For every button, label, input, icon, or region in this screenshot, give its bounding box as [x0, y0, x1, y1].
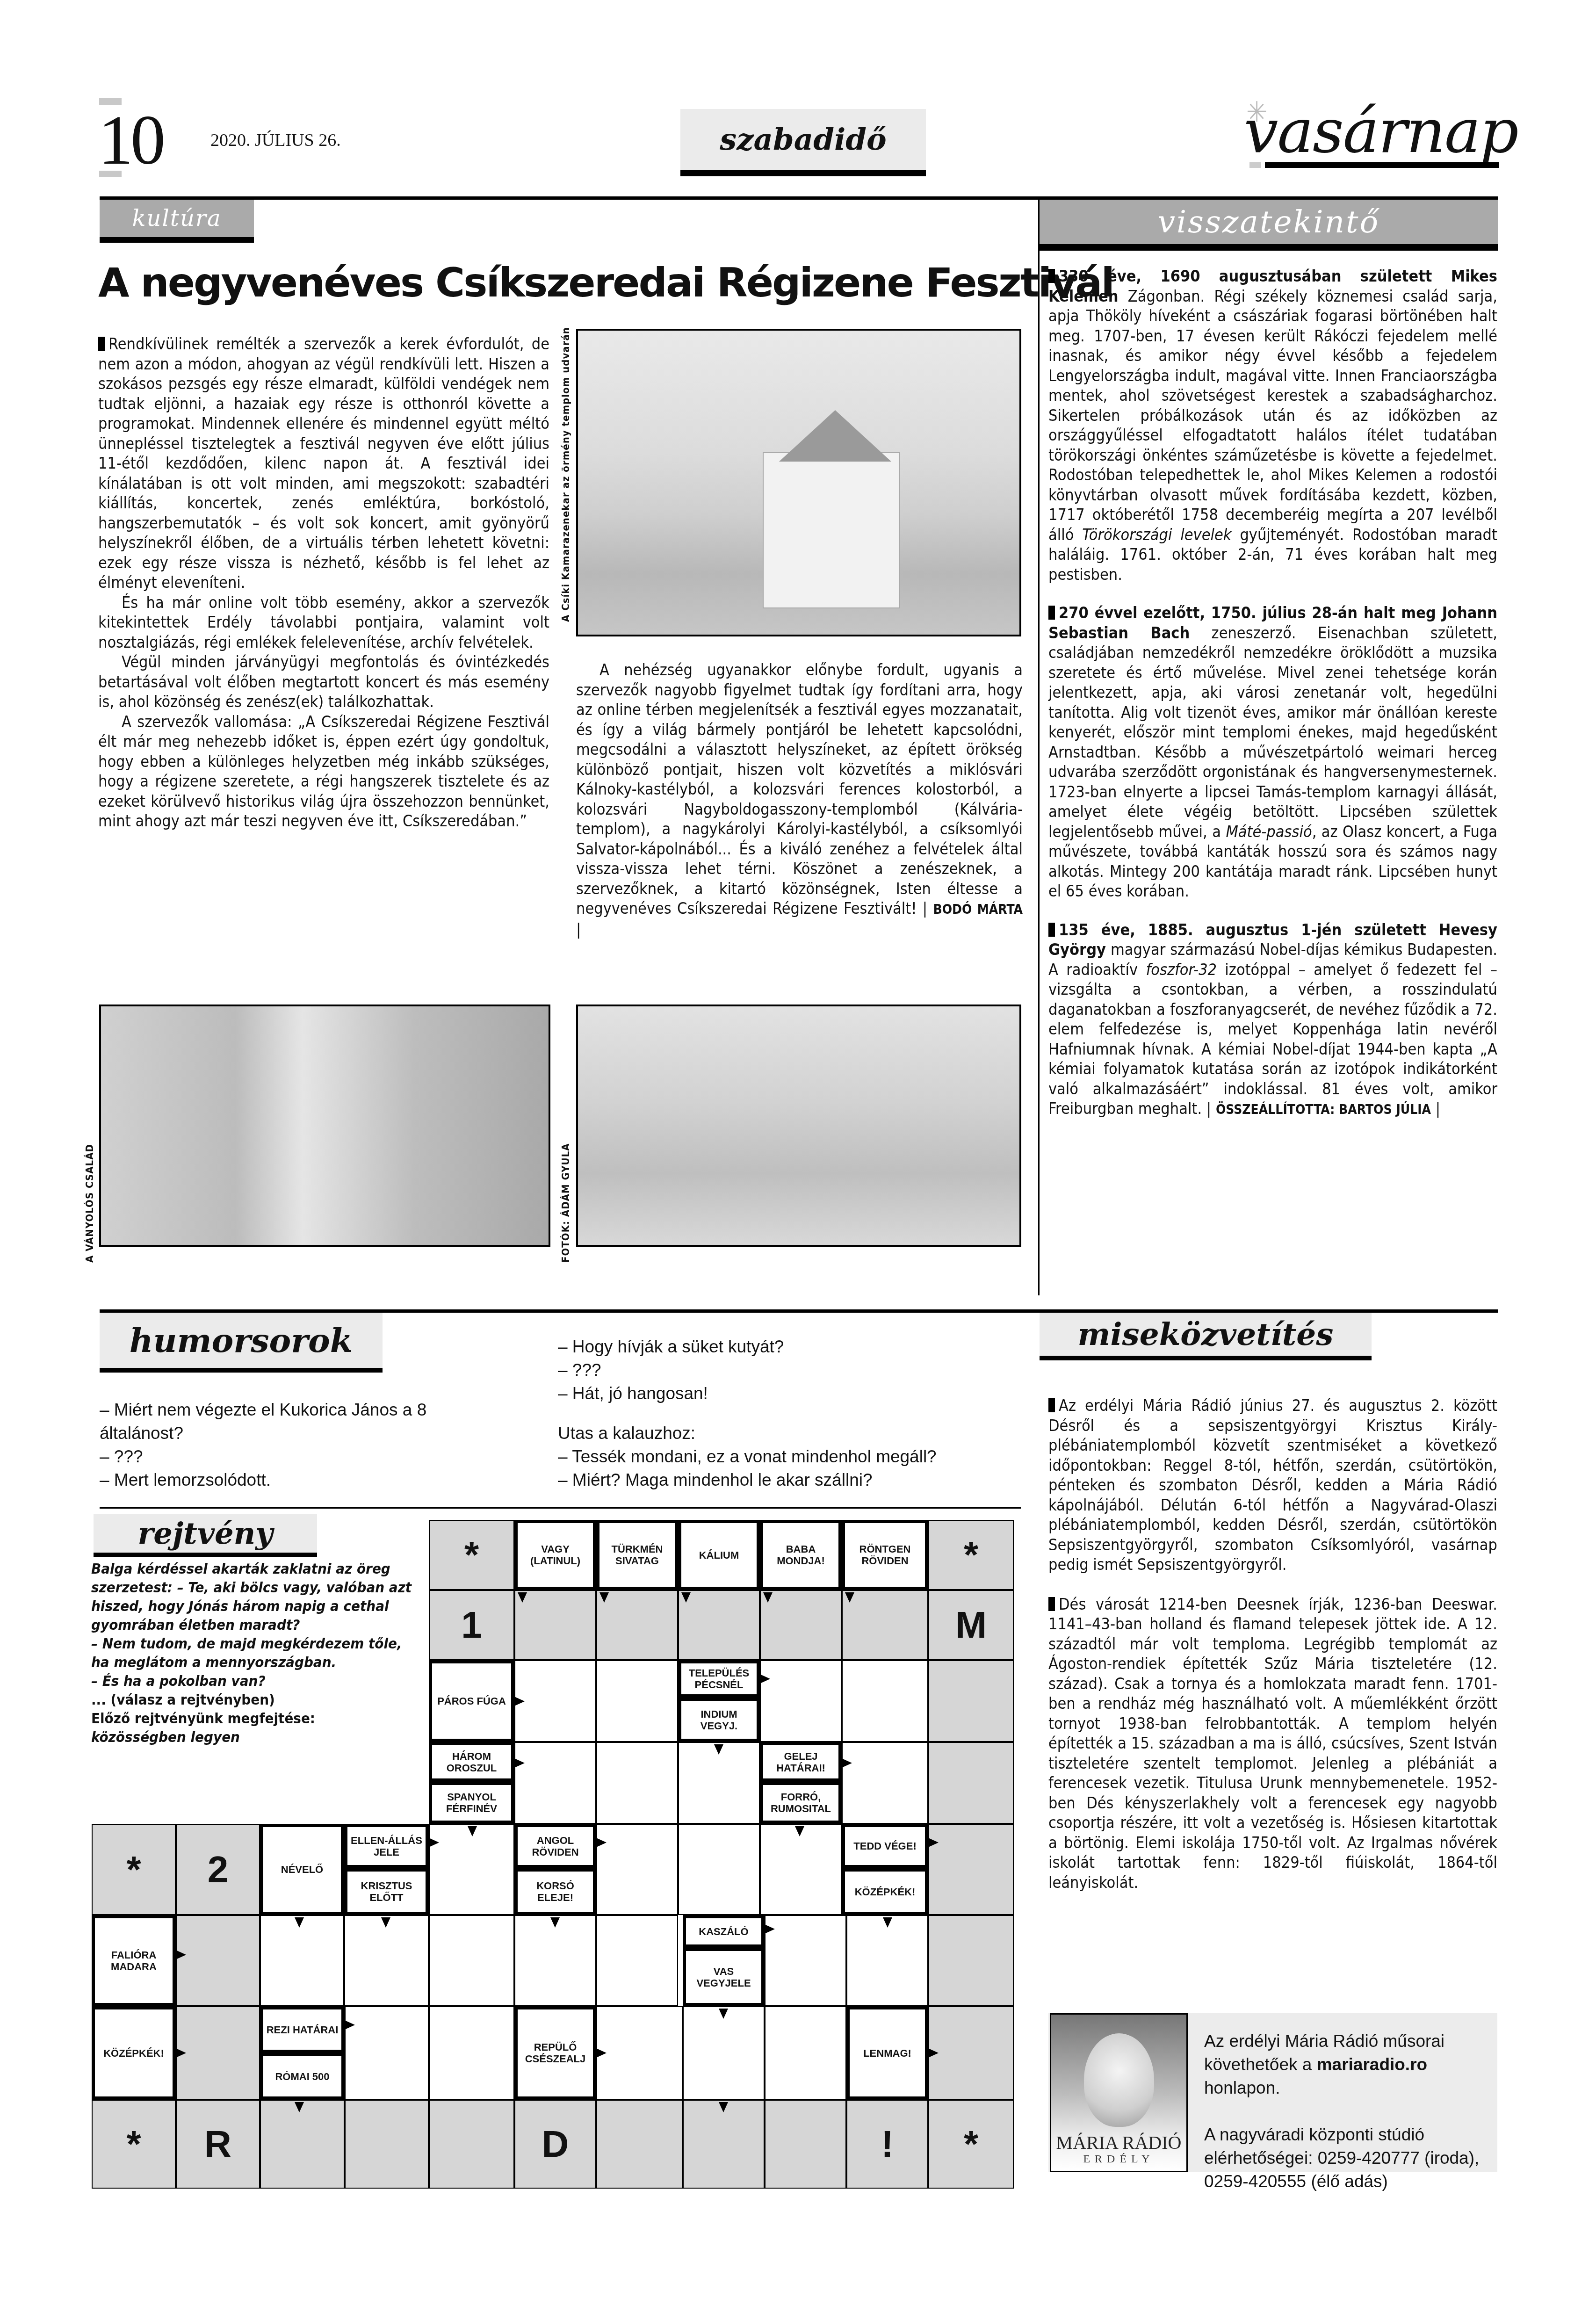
anniversary-item: 330 éve, 1690 augusztusában született Mi…	[1048, 267, 1497, 585]
crossword-answer-cell[interactable]	[176, 2006, 260, 2100]
arrow-down-icon	[295, 2102, 304, 2112]
article-col2: A nehézség ugyanakkor előnybe fordult, u…	[576, 660, 1023, 940]
crossword-clue: KÖZÉPKÉK!	[842, 1868, 928, 1915]
crossword-answer-cell[interactable]	[429, 1824, 514, 1915]
issue-date: 2020. JÚLIUS 26.	[210, 130, 341, 151]
arrow-down-icon	[468, 1826, 477, 1836]
arrow-down-icon	[795, 1826, 804, 1836]
crossword-cell: 1	[429, 1590, 514, 1660]
crossword-answer-cell[interactable]	[596, 1915, 678, 2006]
radio-contact: A nagyváradi központi stúdió elérhetőség…	[1204, 2123, 1489, 2193]
arrow-right-icon	[596, 2048, 607, 2058]
radio-url[interactable]: mariaradio.ro	[1317, 2055, 1427, 2074]
paragraph-mark	[1048, 923, 1055, 937]
crossword-clue: KÁLIUM	[678, 1520, 760, 1590]
arrow-down-icon	[381, 1917, 390, 1928]
crossword-clue: ANGOL RÖVIDEN	[514, 1824, 596, 1868]
crossword-clue: INDIUM VEGYJ.	[678, 1698, 760, 1742]
crossword-answer-cell[interactable]	[765, 1915, 846, 2006]
crossword-answer-cell[interactable]	[345, 2100, 429, 2189]
crossword-answer-cell[interactable]	[928, 1660, 1014, 1742]
paragraph-mark	[1048, 606, 1055, 620]
arrow-down-icon	[845, 1592, 854, 1603]
anniversary-item: 270 évvel ezelőtt, 1750. július 28-án ha…	[1048, 603, 1497, 902]
crossword-cell: *	[92, 1824, 176, 1915]
crossword-cell: *	[928, 1520, 1014, 1590]
crossword-clue: LENMAG!	[846, 2006, 928, 2100]
crossword-answer-cell[interactable]	[928, 1742, 1014, 1824]
crossword-answer-cell[interactable]	[344, 1915, 429, 2006]
crossword-clue: TELEPÜLÉS PÉCSNÉL	[678, 1660, 760, 1698]
joke-1: – Miért nem végezte el Kukorica János a …	[100, 1398, 474, 1492]
maria-radio-logo: MÁRIA RÁDIÓ ERDÉLY	[1050, 2013, 1188, 2172]
crossword-answer-cell[interactable]	[514, 1660, 596, 1742]
crossword-clue: FALIÓRA MADARA	[92, 1915, 176, 2006]
crossword-answer-cell[interactable]	[345, 2006, 429, 2100]
arrow-down-icon	[763, 1592, 773, 1603]
paragraph: Dés városát 1214-ben Deesnek írják, 1236…	[1048, 1595, 1497, 1893]
crossword-answer-cell[interactable]	[176, 1915, 260, 2006]
madonna-image	[1084, 2033, 1154, 2127]
arrow-right-icon	[765, 1924, 775, 1934]
column-divider	[1038, 196, 1040, 1295]
photo-credit-audience: FOTÓK: ÁDÁM GYULA	[560, 1160, 572, 1263]
arrow-right-icon	[176, 2048, 186, 2058]
crossword-clue: VAGY (LATINUL)	[514, 1520, 596, 1590]
crossword-answer-cell[interactable]	[429, 1915, 514, 2006]
paragraph: Az erdélyi Mária Rádió június 27. és aug…	[1048, 1396, 1497, 1575]
arrow-right-icon	[176, 1950, 186, 1959]
logo-title: MÁRIA RÁDIÓ	[1051, 2132, 1186, 2154]
arrow-right-icon	[928, 1838, 939, 1847]
church-shape	[763, 452, 900, 608]
section-rule	[100, 1507, 1021, 1509]
radio-website-line: Az erdélyi Mária Rádió műsorai követhető…	[1204, 2030, 1489, 2100]
misekozvetites-label: miseközvetítés	[1040, 1313, 1372, 1360]
arrow-down-icon	[518, 1592, 527, 1603]
paragraph: Végül minden járványügyi megfontolás és …	[98, 652, 549, 712]
crossword-answer-cell[interactable]	[846, 1915, 928, 2006]
crossword-cell: !	[846, 2100, 928, 2189]
crossword-clue: KORSÓ ELEJE!	[514, 1868, 596, 1915]
photo-audience	[576, 1005, 1021, 1247]
crossword-clue: RÓMAI 500	[260, 2053, 345, 2100]
crossword-answer-cell[interactable]	[596, 1824, 678, 1915]
visszatekinto-label: visszatekintő	[1040, 200, 1498, 251]
crossword-answer-cell[interactable]	[683, 2006, 765, 2100]
arrow-right-icon	[514, 1758, 525, 1768]
crossword-cell: M	[928, 1590, 1014, 1660]
paragraph: A nehézség ugyanakkor előnybe fordult, u…	[576, 660, 1023, 940]
crossword-answer-cell[interactable]	[842, 1742, 928, 1824]
brand-underline	[1265, 162, 1499, 168]
article-headline: A negyvenéves Csíkszeredai Régizene Fesz…	[98, 260, 1113, 306]
crossword-answer-cell[interactable]	[928, 1824, 1014, 1915]
crossword-answer-cell[interactable]	[765, 2100, 846, 2189]
rejtveny-label: rejtvény	[94, 1514, 317, 1557]
arrow-right-icon	[842, 1758, 852, 1768]
crossword-clue: ELLEN-ÁLLÁS JELE	[344, 1824, 429, 1868]
crossword-cell: D	[514, 2100, 596, 2189]
crossword-cell: *	[429, 1520, 514, 1590]
arrow-right-icon	[345, 2020, 355, 2030]
arrow-down-icon	[550, 1917, 560, 1928]
top-rule	[100, 196, 1498, 200]
paragraph: A szervezők vallomása: „A Csíkszeredai R…	[98, 712, 549, 831]
crossword-clue: FORRÓ, RUMOSITAL	[760, 1782, 842, 1824]
crossword-answer-cell[interactable]	[765, 2006, 846, 2100]
crossword-clue: KÖZÉPKÉK!	[92, 2006, 176, 2100]
radio-text: Az erdélyi Mária Rádió műsorai követhető…	[1204, 2030, 1489, 2193]
crossword-answer-cell[interactable]	[928, 2006, 1014, 2100]
crossword-answer-cell[interactable]	[683, 2100, 765, 2189]
crossword-clue: REZI HATÁRAI	[260, 2006, 345, 2053]
page-number-bar-bottom	[99, 171, 122, 177]
crossword-answer-cell[interactable]	[678, 1824, 760, 1915]
arrow-down-icon	[883, 1917, 892, 1928]
crossword-cell: *	[928, 2100, 1014, 2189]
anniversary-item: 135 éve, 1885. augusztus 1-jén született…	[1048, 920, 1497, 1120]
riddle-text: Balga kérdéssel akarták zaklatni az öreg…	[91, 1560, 414, 1747]
article-col1: Rendkívülinek remélték a szervezők a ker…	[98, 334, 549, 831]
crossword-cell: 2	[176, 1824, 260, 1915]
crossword-clue: GELEJ HATÁRAI!	[760, 1742, 842, 1782]
photo-family	[99, 1005, 550, 1247]
crossword-clue: VAS VEGYJELE	[683, 1948, 765, 2006]
paragraph-mark	[1048, 1597, 1055, 1611]
brand-square	[1249, 162, 1261, 168]
paragraph-mark	[1048, 1398, 1055, 1412]
crossword-clue: RÖNTGEN RÖVIDEN	[842, 1520, 928, 1590]
crossword-cell: R	[176, 2100, 260, 2189]
crossword-clue: SPANYOL FÉRFINÉV	[429, 1782, 514, 1824]
visszatekinto-column: 330 éve, 1690 augusztusában született Mi…	[1048, 267, 1497, 1120]
crossword-answer-cell[interactable]	[514, 1742, 596, 1824]
brand-logo: vasárnap	[1244, 101, 1518, 161]
crossword-answer-cell[interactable]	[429, 2100, 514, 2189]
arrow-down-icon	[295, 1917, 304, 1928]
crossword-clue: KRISZTUS ELŐTT	[344, 1868, 429, 1915]
crossword-answer-cell[interactable]	[429, 2006, 514, 2100]
crossword-clue: NÉVELŐ	[260, 1824, 344, 1915]
crossword-answer-cell[interactable]	[260, 2100, 345, 2189]
crossword-answer-cell[interactable]	[596, 2006, 683, 2100]
arrow-down-icon	[599, 1592, 609, 1603]
paragraph-mark	[98, 337, 105, 351]
crossword-answer-cell[interactable]	[842, 1590, 928, 1660]
crossword-clue: TEDD VÉGE!	[842, 1824, 928, 1868]
arrow-right-icon	[760, 1674, 770, 1684]
arrow-right-icon	[514, 1697, 525, 1706]
joke-2: – Hogy hívják a süket kutyát? – ??? – Há…	[558, 1335, 1025, 1405]
paragraph: Rendkívülinek remélték a szervezők a ker…	[98, 334, 549, 593]
crossword-answer-cell[interactable]	[514, 1915, 596, 2006]
page-number: 10	[98, 105, 163, 175]
arrow-down-icon	[681, 1592, 691, 1603]
crossword-clue: REPÜLŐ CSÉSZEALJ	[514, 2006, 596, 2100]
crossword-answer-cell[interactable]	[760, 1824, 842, 1915]
arrow-right-icon	[429, 1838, 439, 1847]
crossword-answer-cell[interactable]	[928, 1915, 1014, 2006]
logo-subtitle: ERDÉLY	[1051, 2153, 1186, 2166]
section-rule	[100, 1309, 1498, 1313]
paragraph: És ha már online volt több esemény, akko…	[98, 593, 549, 653]
photo-church-concert	[576, 329, 1021, 636]
section-tab: szabadidő	[680, 109, 926, 176]
paragraph-mark	[1048, 269, 1055, 283]
crossword-answer-cell[interactable]	[596, 1742, 678, 1824]
arrow-down-icon	[719, 2009, 728, 2019]
church-roof	[779, 410, 891, 462]
photo-caption-church: A Csíki Kamarazenekar az örmény templom …	[560, 355, 572, 622]
arrow-right-icon	[928, 2048, 939, 2058]
misekozvetites-column: Az erdélyi Mária Rádió június 27. és aug…	[1048, 1396, 1497, 1893]
crossword-answer-cell[interactable]	[596, 1660, 678, 1742]
crossword-answer-cell[interactable]	[596, 2100, 683, 2189]
joke-3: Utas a kalauzhoz: – Tessék mondani, ez a…	[558, 1422, 1025, 1492]
kultura-label: kultúra	[100, 200, 254, 243]
arrow-right-icon	[596, 1838, 607, 1847]
photo-credit-family: A VÁNYOLÓS CSALÁD	[84, 1122, 96, 1263]
crossword-clue: KASZÁLÓ	[683, 1915, 765, 1948]
crossword-answer-cell[interactable]	[760, 1660, 842, 1742]
crossword-clue: BABA MONDJA!	[760, 1520, 842, 1590]
humorsorok-label: humorsorok	[100, 1313, 383, 1373]
arrow-down-icon	[714, 1744, 723, 1755]
crossword-cell: *	[92, 2100, 176, 2189]
crossword-answer-cell[interactable]	[260, 1915, 344, 2006]
arrow-down-icon	[719, 2102, 728, 2112]
crossword-clue: TÜRKMÉN SIVATAG	[596, 1520, 678, 1590]
crossword-clue: HÁROM OROSZUL	[429, 1742, 514, 1782]
crossword-clue: PÁROS FÚGA	[429, 1660, 514, 1742]
crossword-answer-cell[interactable]	[842, 1660, 928, 1742]
